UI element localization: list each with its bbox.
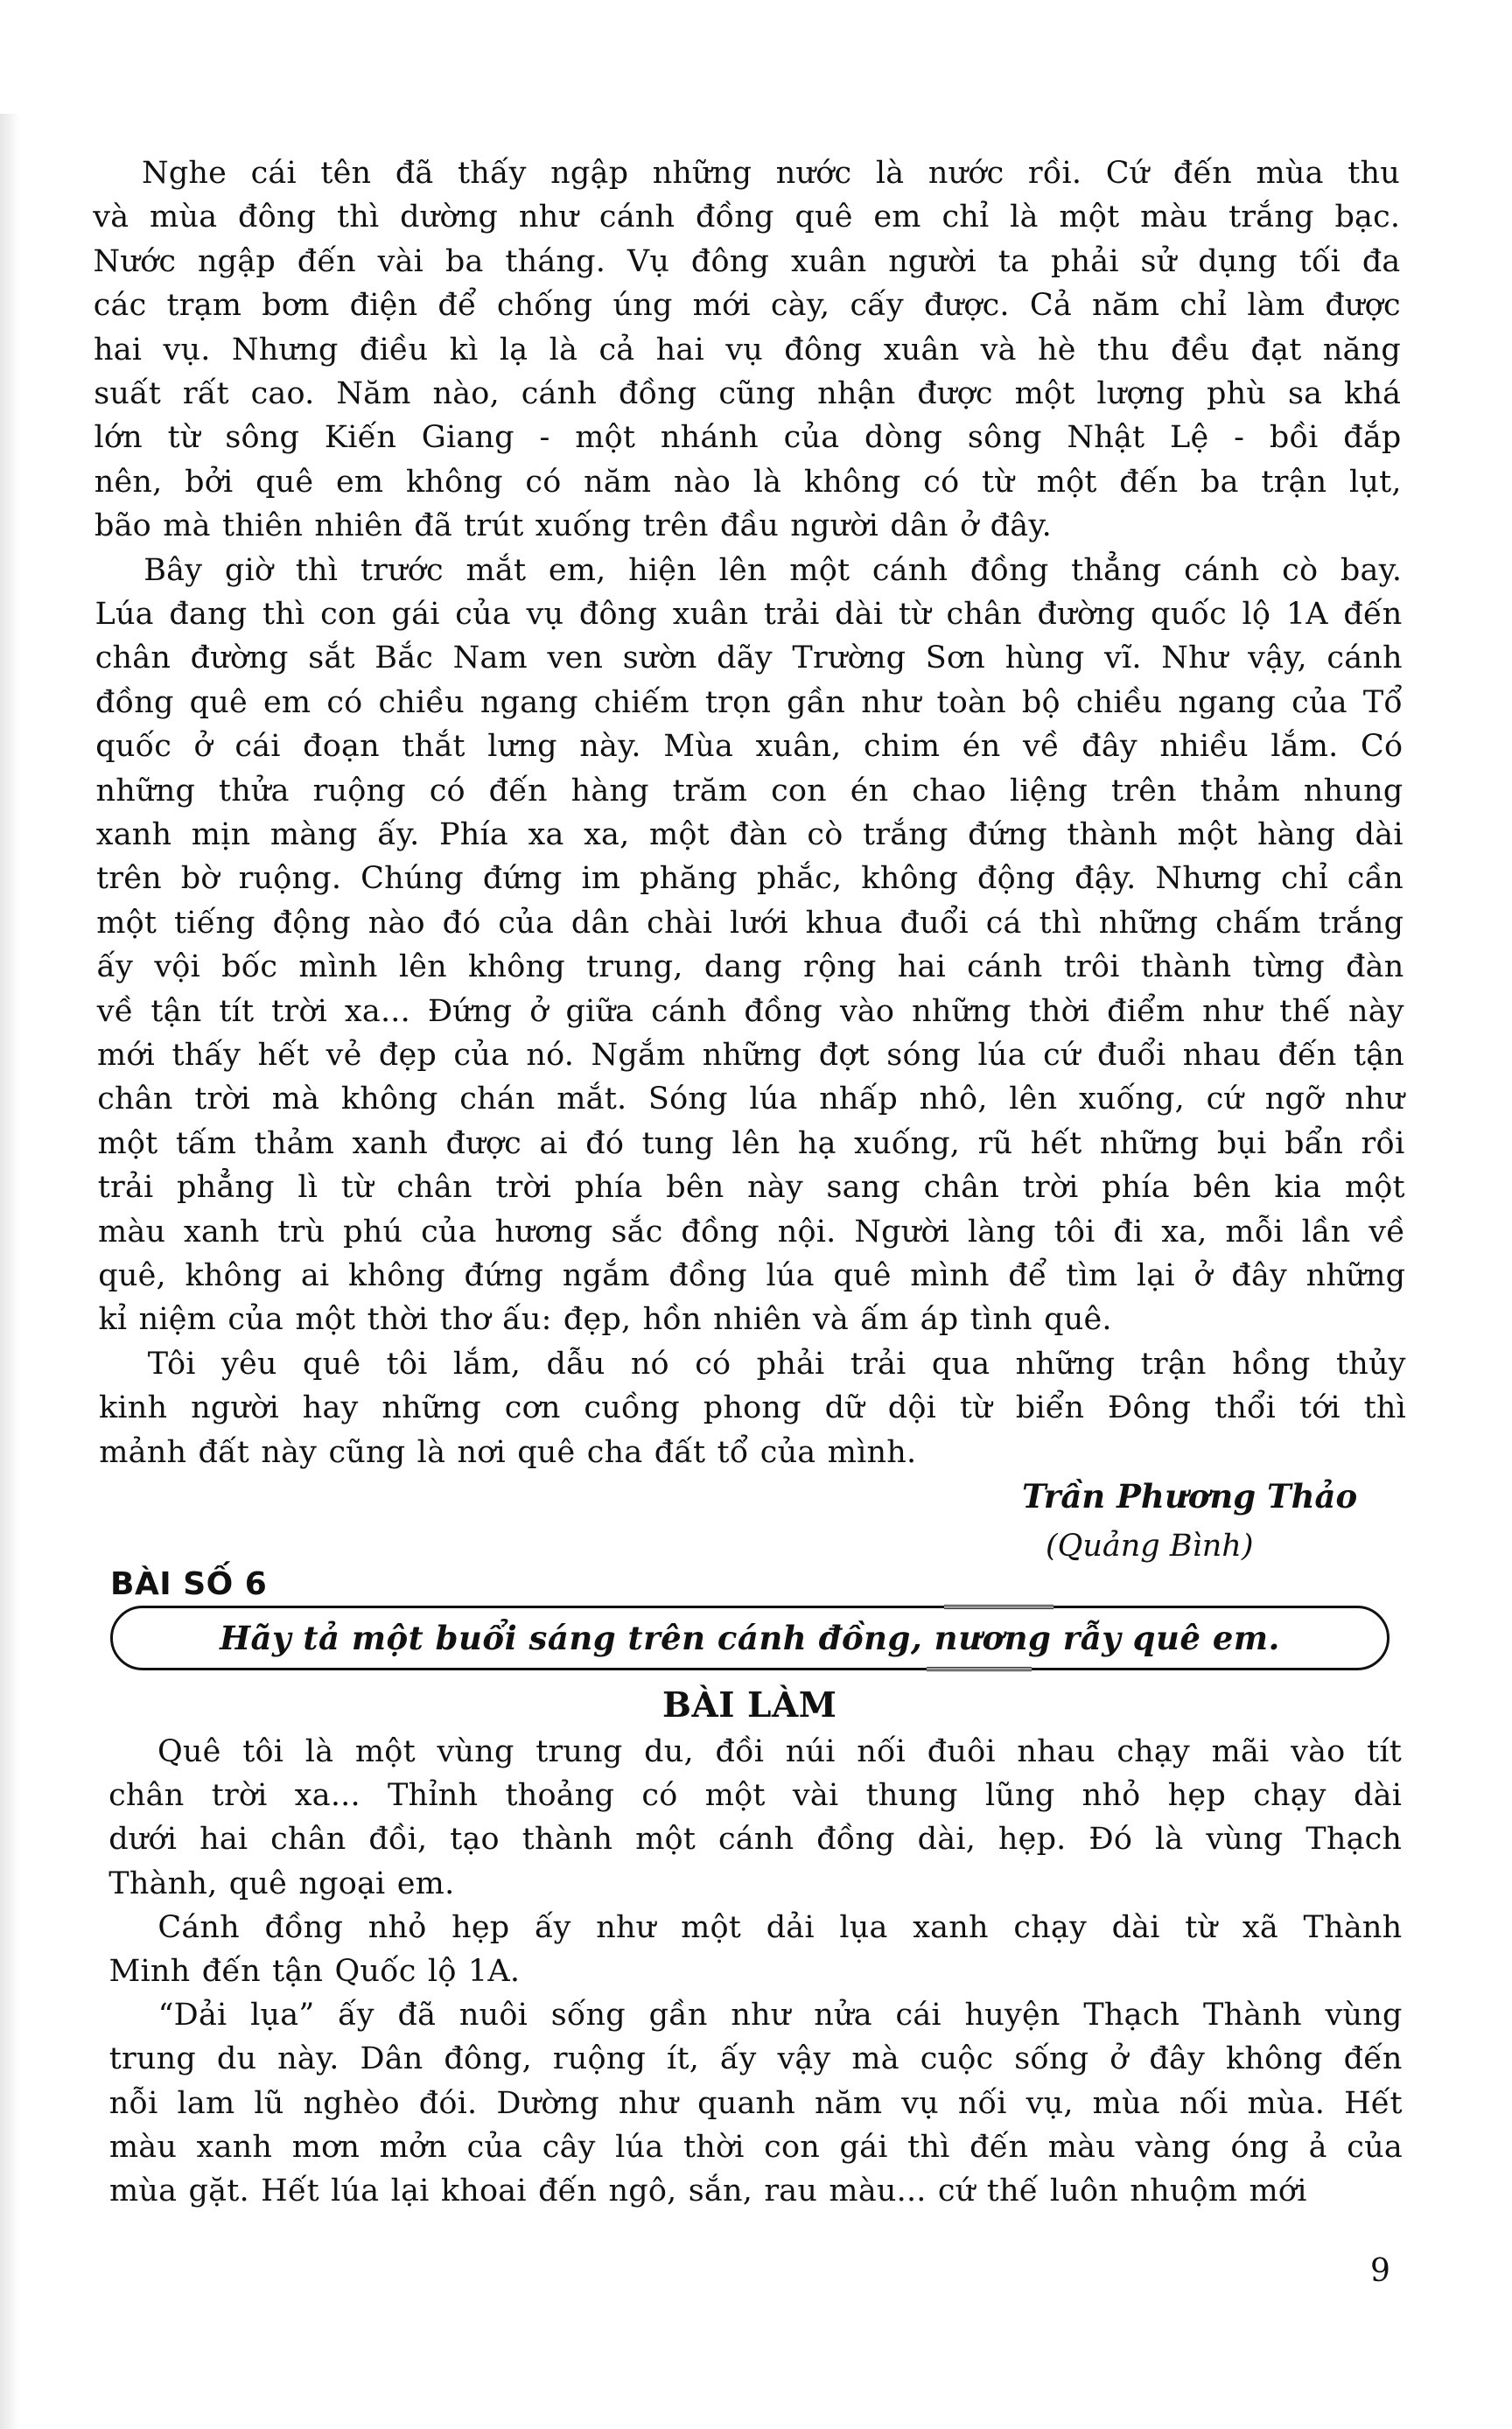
text-line: hai vụ. Nhưng điều kì lạ là cả hai vụ đô… [94,332,1401,367]
text-line: quốc ở cái đoạn thắt lưng này. Mùa xuân,… [95,729,1403,764]
text-line: những thửa ruộng có đến hàng trăm con én… [96,773,1403,808]
text-line: ấy vội bốc mình lên không trung, dang rộ… [97,949,1404,984]
text-line: mùa gặt. Hết lúa lại khoai đến ngô, sắn,… [109,2173,1403,2208]
text-line: Thành, quê ngoại em. [108,1866,1402,1901]
text-line: nên, bởi quê em không có năm nào là khôn… [94,465,1402,500]
text-line: Minh đến tận Quốc lộ 1A. [109,1954,1403,1989]
text-line: Nước ngập đến vài ba tháng. Vụ đông xuân… [94,244,1401,279]
text-line: Bây giờ thì trước mắt em, hiện lên một c… [143,553,1402,588]
text-line: Tôi yêu quê tôi lắm, dẫu nó có phải trải… [148,1347,1406,1382]
text-line: chân trời mà không chán mắt. Sóng lúa nh… [97,1081,1404,1116]
text-line: các trạm bơm điện để chống úng mới cày, … [94,288,1401,323]
text-line: chân đường sắt Bắc Nam ven sườn dãy Trườ… [95,640,1403,675]
text-line: trung du này. Dân đông, ruộng ít, ấy vậy… [109,2041,1403,2076]
text-line: bão mà thiên nhiên đã trút xuống trên đầ… [94,508,1402,543]
text-line: trải phẳng lì từ chân trời phía bên này … [98,1170,1405,1205]
text-line: xanh mịn màng ấy. Phía xa xa, một đàn cò… [96,817,1403,852]
text-line: kỉ niệm của một thời thơ ấu: đẹp, hồn nh… [99,1302,1406,1337]
exercise-prompt: Hãy tả một buổi sáng trên cánh đồng, nươ… [113,1619,1387,1657]
exercise-heading: BÀI SỐ 6 [110,1566,267,1602]
scan-shadow-edge [0,114,19,2429]
text-line: chân trời xa... Thỉnh thoảng có một vài … [108,1778,1402,1813]
text-line: Cánh đồng nhỏ hẹp ấy như một dải lụa xan… [157,1910,1402,1945]
text-line: suất rất cao. Năm nào, cánh đồng cũng nh… [94,376,1401,411]
answer-heading: BÀI LÀM [662,1685,836,1725]
text-line: một tiếng động nào đó của dân chài lưới … [96,906,1403,941]
text-line: Quê tôi là một vùng trung du, đồi núi nố… [157,1734,1402,1769]
page-number: 9 [1370,2253,1390,2289]
text-line: mới thấy hết vẻ đẹp của nó. Ngắm những đ… [97,1038,1404,1073]
essay-author: Trần Phương Thảo [1022,1477,1389,1515]
text-line: Nghe cái tên đã thấy ngập những nước là … [142,156,1400,191]
text-line: màu xanh mơn mởn của cây lúa thời con gá… [109,2130,1403,2165]
text-line: màu xanh trù phú của hương sắc đồng nội.… [98,1214,1405,1249]
text-line: dưới hai chân đồi, tạo thành một cánh đồ… [108,1822,1402,1857]
text-line: quê, không ai không đứng ngắm đồng lúa q… [98,1258,1405,1293]
box-ornament-top [944,1605,1053,1609]
essay-author-location: (Quảng Bình) [1046,1529,1253,1564]
text-line: Lúa đang thì con gái của vụ đông xuân tr… [95,597,1403,632]
text-line: “Dải lụa” ấy đã nuôi sống gần như nửa cá… [158,1998,1403,2033]
text-line: về tận tít trời xa... Đứng ở giữa cánh đ… [97,994,1404,1029]
text-line: lớn từ sông Kiến Giang - một nhánh của d… [94,420,1402,455]
box-ornament-bottom [927,1667,1032,1671]
text-line: một tấm thảm xanh được ai đó tung lên hạ… [98,1126,1405,1161]
text-line: đồng quê em có chiều ngang chiếm trọn gầ… [95,685,1403,720]
text-line: trên bờ ruộng. Chúng đứng im phăng phắc,… [96,861,1403,896]
text-line: nỗi lam lũ nghèo đói. Dường như quanh nă… [109,2086,1403,2121]
text-line: mảnh đất này cũng là nơi quê cha đất tổ … [99,1435,1406,1470]
text-line: kinh người hay những cơn cuồng phong dữ … [99,1390,1406,1425]
exercise-prompt-box: Hãy tả một buổi sáng trên cánh đồng, nươ… [110,1606,1389,1670]
text-line: và mùa đông thì dường như cánh đồng quê … [93,199,1400,234]
